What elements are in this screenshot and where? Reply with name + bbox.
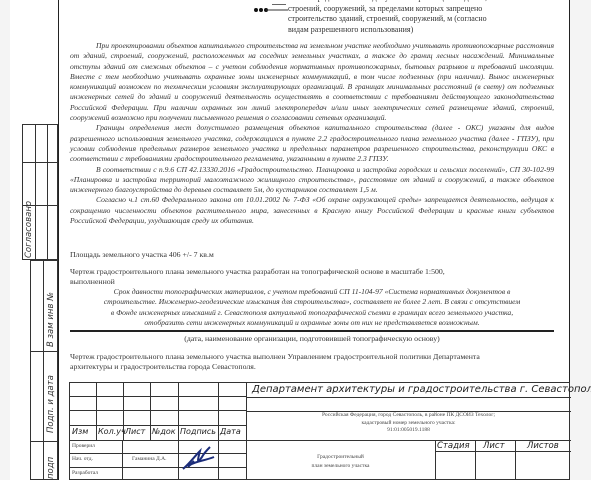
col-header-izm: Изм bbox=[72, 427, 88, 436]
inv-no-label: В зам инв № bbox=[46, 292, 56, 347]
side-stamp-signatures: В зам инв № Подп. и дата подп bbox=[30, 260, 58, 480]
col-header-koluch: Кол.уч bbox=[98, 427, 126, 436]
boundary-line-legend-icon bbox=[252, 4, 288, 16]
stage-header: Стадия bbox=[437, 441, 470, 451]
plot-area: Площадь земельного участка 406 +/- 7 кв.… bbox=[70, 250, 214, 260]
document-title: Градостроительный план земельного участк… bbox=[246, 453, 435, 471]
role-head: Нач. отд. bbox=[72, 456, 93, 462]
person-name: Гаманина Д.А. bbox=[132, 456, 167, 462]
legend-description: места определения мест допустимого разме… bbox=[288, 0, 558, 35]
sheet-header: Лист bbox=[483, 441, 505, 451]
col-header-ndok: №док bbox=[152, 427, 176, 436]
col-header-podpis: Подпись bbox=[180, 427, 216, 436]
drawing-basis-line2: выполненной bbox=[70, 277, 115, 287]
note-oks-boundaries: Границы определения мест допустимого раз… bbox=[70, 123, 554, 164]
side-stamp-agreed: Согласовано bbox=[22, 124, 58, 260]
role-developer: Разработал bbox=[72, 470, 98, 476]
sign-label: подп bbox=[46, 457, 56, 479]
agreed-label: Согласовано bbox=[24, 201, 34, 258]
topo-validity-note: Срок давности топографических материалов… bbox=[70, 287, 554, 328]
sheets-header: Листов bbox=[527, 441, 559, 451]
performed-by-line2: архитектуры и градостроительства города … bbox=[70, 362, 256, 372]
notes-paragraphs: При проектировании объектов капитального… bbox=[70, 41, 554, 226]
role-checked: Проверил bbox=[72, 443, 95, 449]
divider-rule bbox=[70, 330, 554, 332]
topo-caption: (дата, наименование организации, подгото… bbox=[70, 334, 554, 344]
note-tree-distances: В соответствии с п.9.6 СП 42.13330.2016 … bbox=[70, 165, 554, 196]
sign-date-label: Подп. и дата bbox=[46, 375, 56, 433]
organization-name: Департамент архитектуры и градостроитель… bbox=[252, 384, 591, 395]
col-header-data: Дата bbox=[220, 427, 241, 436]
note-fire-distances: При проектировании объектов капитального… bbox=[70, 41, 554, 123]
signature-icon bbox=[180, 443, 220, 473]
title-block: Департамент архитектуры и градостроитель… bbox=[69, 382, 570, 480]
col-header-list: Лист bbox=[125, 427, 145, 436]
note-red-book: Согласно ч.1 ст.60 Федерального закона о… bbox=[70, 195, 554, 226]
drawing-basis-line1: Чертеж градостроительного плана земельно… bbox=[70, 267, 445, 277]
site-address: Российская Федерация, город Севастополь,… bbox=[246, 412, 571, 435]
performed-by-line1: Чертеж градостроительного плана земельно… bbox=[70, 352, 480, 362]
